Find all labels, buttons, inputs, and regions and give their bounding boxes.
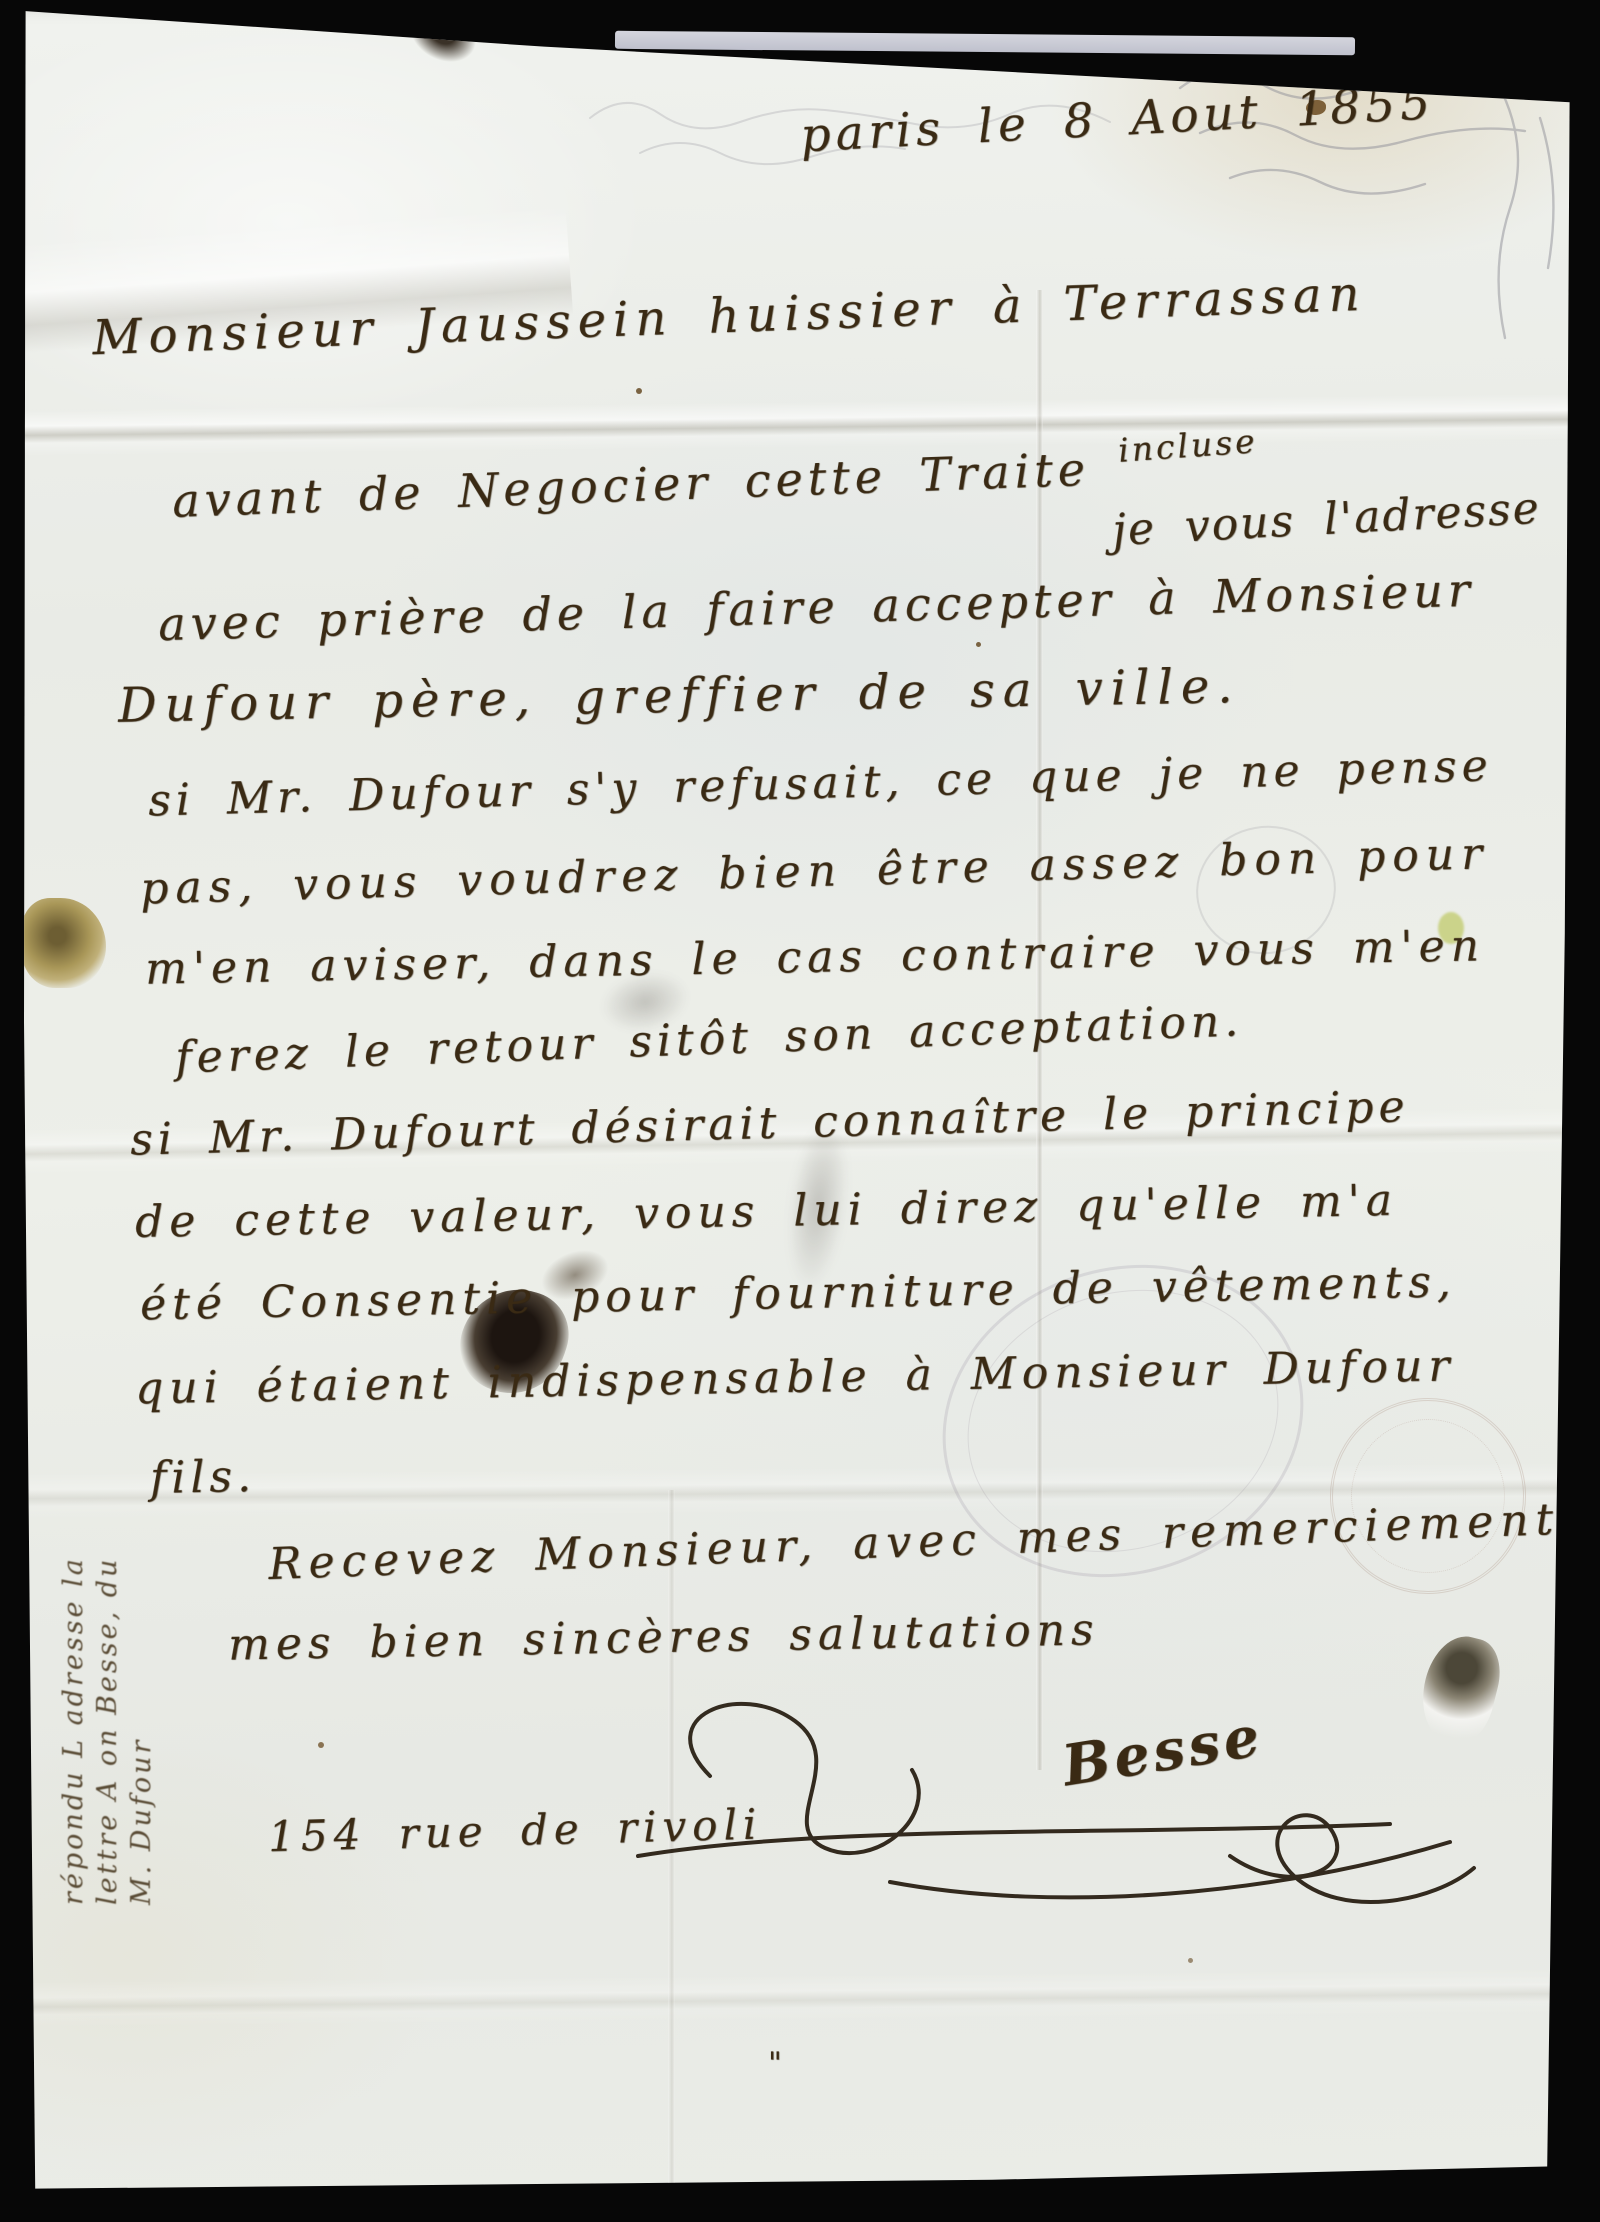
closing-line: mes bien sincères salutations [228, 1604, 1100, 1670]
paper-speck [1188, 1958, 1193, 1963]
second-sheet-edge [615, 31, 1355, 55]
salutation: Monsieur Jaussein huissier à Terrassan [91, 266, 1367, 366]
body-line: Dufour père, greffier de sa ville. [118, 658, 1241, 734]
margin-note-line: répondu L adresse la [57, 1265, 91, 1905]
closing-line: Recevez Monsieur, avec mes remerciements [268, 1493, 1591, 1590]
body-line: si Mr. Dufourt désirait connaître le pri… [130, 1081, 1411, 1165]
margin-note: répondu L adresse la lettre A on Besse, … [57, 1265, 167, 1905]
paper-speck [976, 642, 981, 647]
body-line: m'en aviser, dans le cas contraire vous … [145, 920, 1486, 994]
letter-paper: paris le 8 Aout 1855 Monsieur Jaussein h… [0, 0, 1600, 2222]
edge-mark [400, 0, 486, 73]
body-line: qui étaient indispensable à Monsieur Duf… [135, 1340, 1456, 1414]
fold-crease-horizontal-bottom [0, 1968, 1600, 2028]
body-line: pas, vous voudrez bien être assez bon po… [140, 828, 1490, 914]
margin-note-line: lettre A on Besse, du [91, 1265, 125, 1905]
paper-hole-left-edge [22, 898, 106, 988]
stray-mark: " [768, 2046, 783, 2081]
scanned-letter: paris le 8 Aout 1855 Monsieur Jaussein h… [0, 0, 1600, 2222]
fold-crease-horizontal-top [0, 394, 1600, 457]
body-line: été Consentie pour fourniture de vêtemen… [140, 1257, 1457, 1331]
body-line: ferez le retour sitôt son acceptation. [174, 995, 1243, 1083]
body-line: de cette valeur, vous lui direz qu'elle … [135, 1175, 1399, 1248]
body-line: avec prière de la faire accepter à Monsi… [158, 563, 1476, 651]
insertion-word: incluse [1117, 421, 1259, 470]
paper-speck [636, 388, 642, 394]
body-line: je vous l'adresse [1111, 483, 1542, 556]
body-line: avant de Negocier cette Traite [171, 442, 1090, 528]
margin-note-line: M. Dufour [125, 1265, 159, 1905]
body-line: si Mr. Dufour s'y refusait, ce que je ne… [148, 740, 1494, 826]
paper-speck [318, 1742, 324, 1748]
